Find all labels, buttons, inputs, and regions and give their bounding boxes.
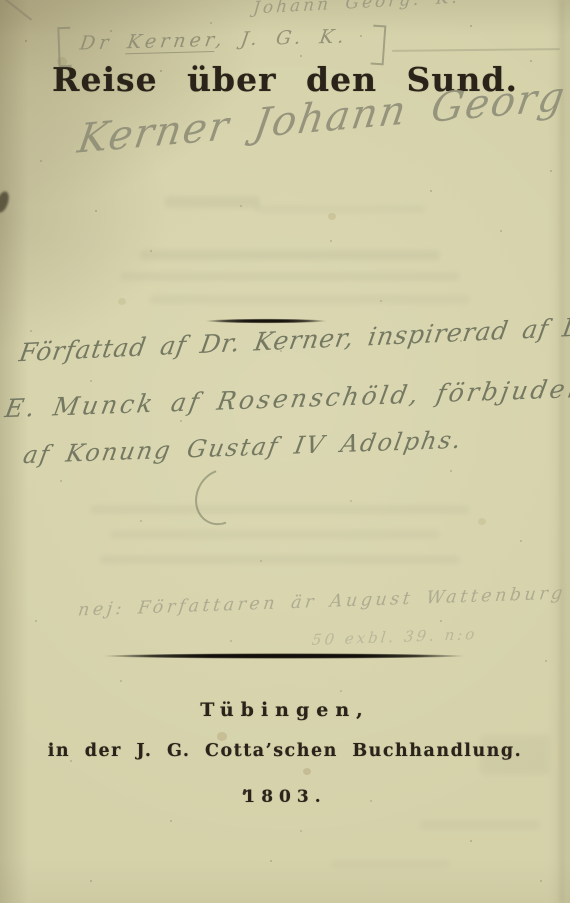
scan-edge-streak — [560, 0, 564, 903]
imprint-publisher: in der J. G. Cotta’schen Buchhandlung. — [0, 741, 570, 761]
imprint-place: Tübingen, — [0, 699, 570, 721]
divider-rule-large — [62, 652, 506, 660]
divider-rule-small — [188, 318, 344, 324]
author-note-prefix: Dr — [78, 31, 129, 54]
imprint-year: 1803. — [0, 787, 570, 807]
author-note-initials: , J. G. K. — [214, 25, 349, 51]
author-note-underlined-name: Kerner — [126, 29, 218, 54]
